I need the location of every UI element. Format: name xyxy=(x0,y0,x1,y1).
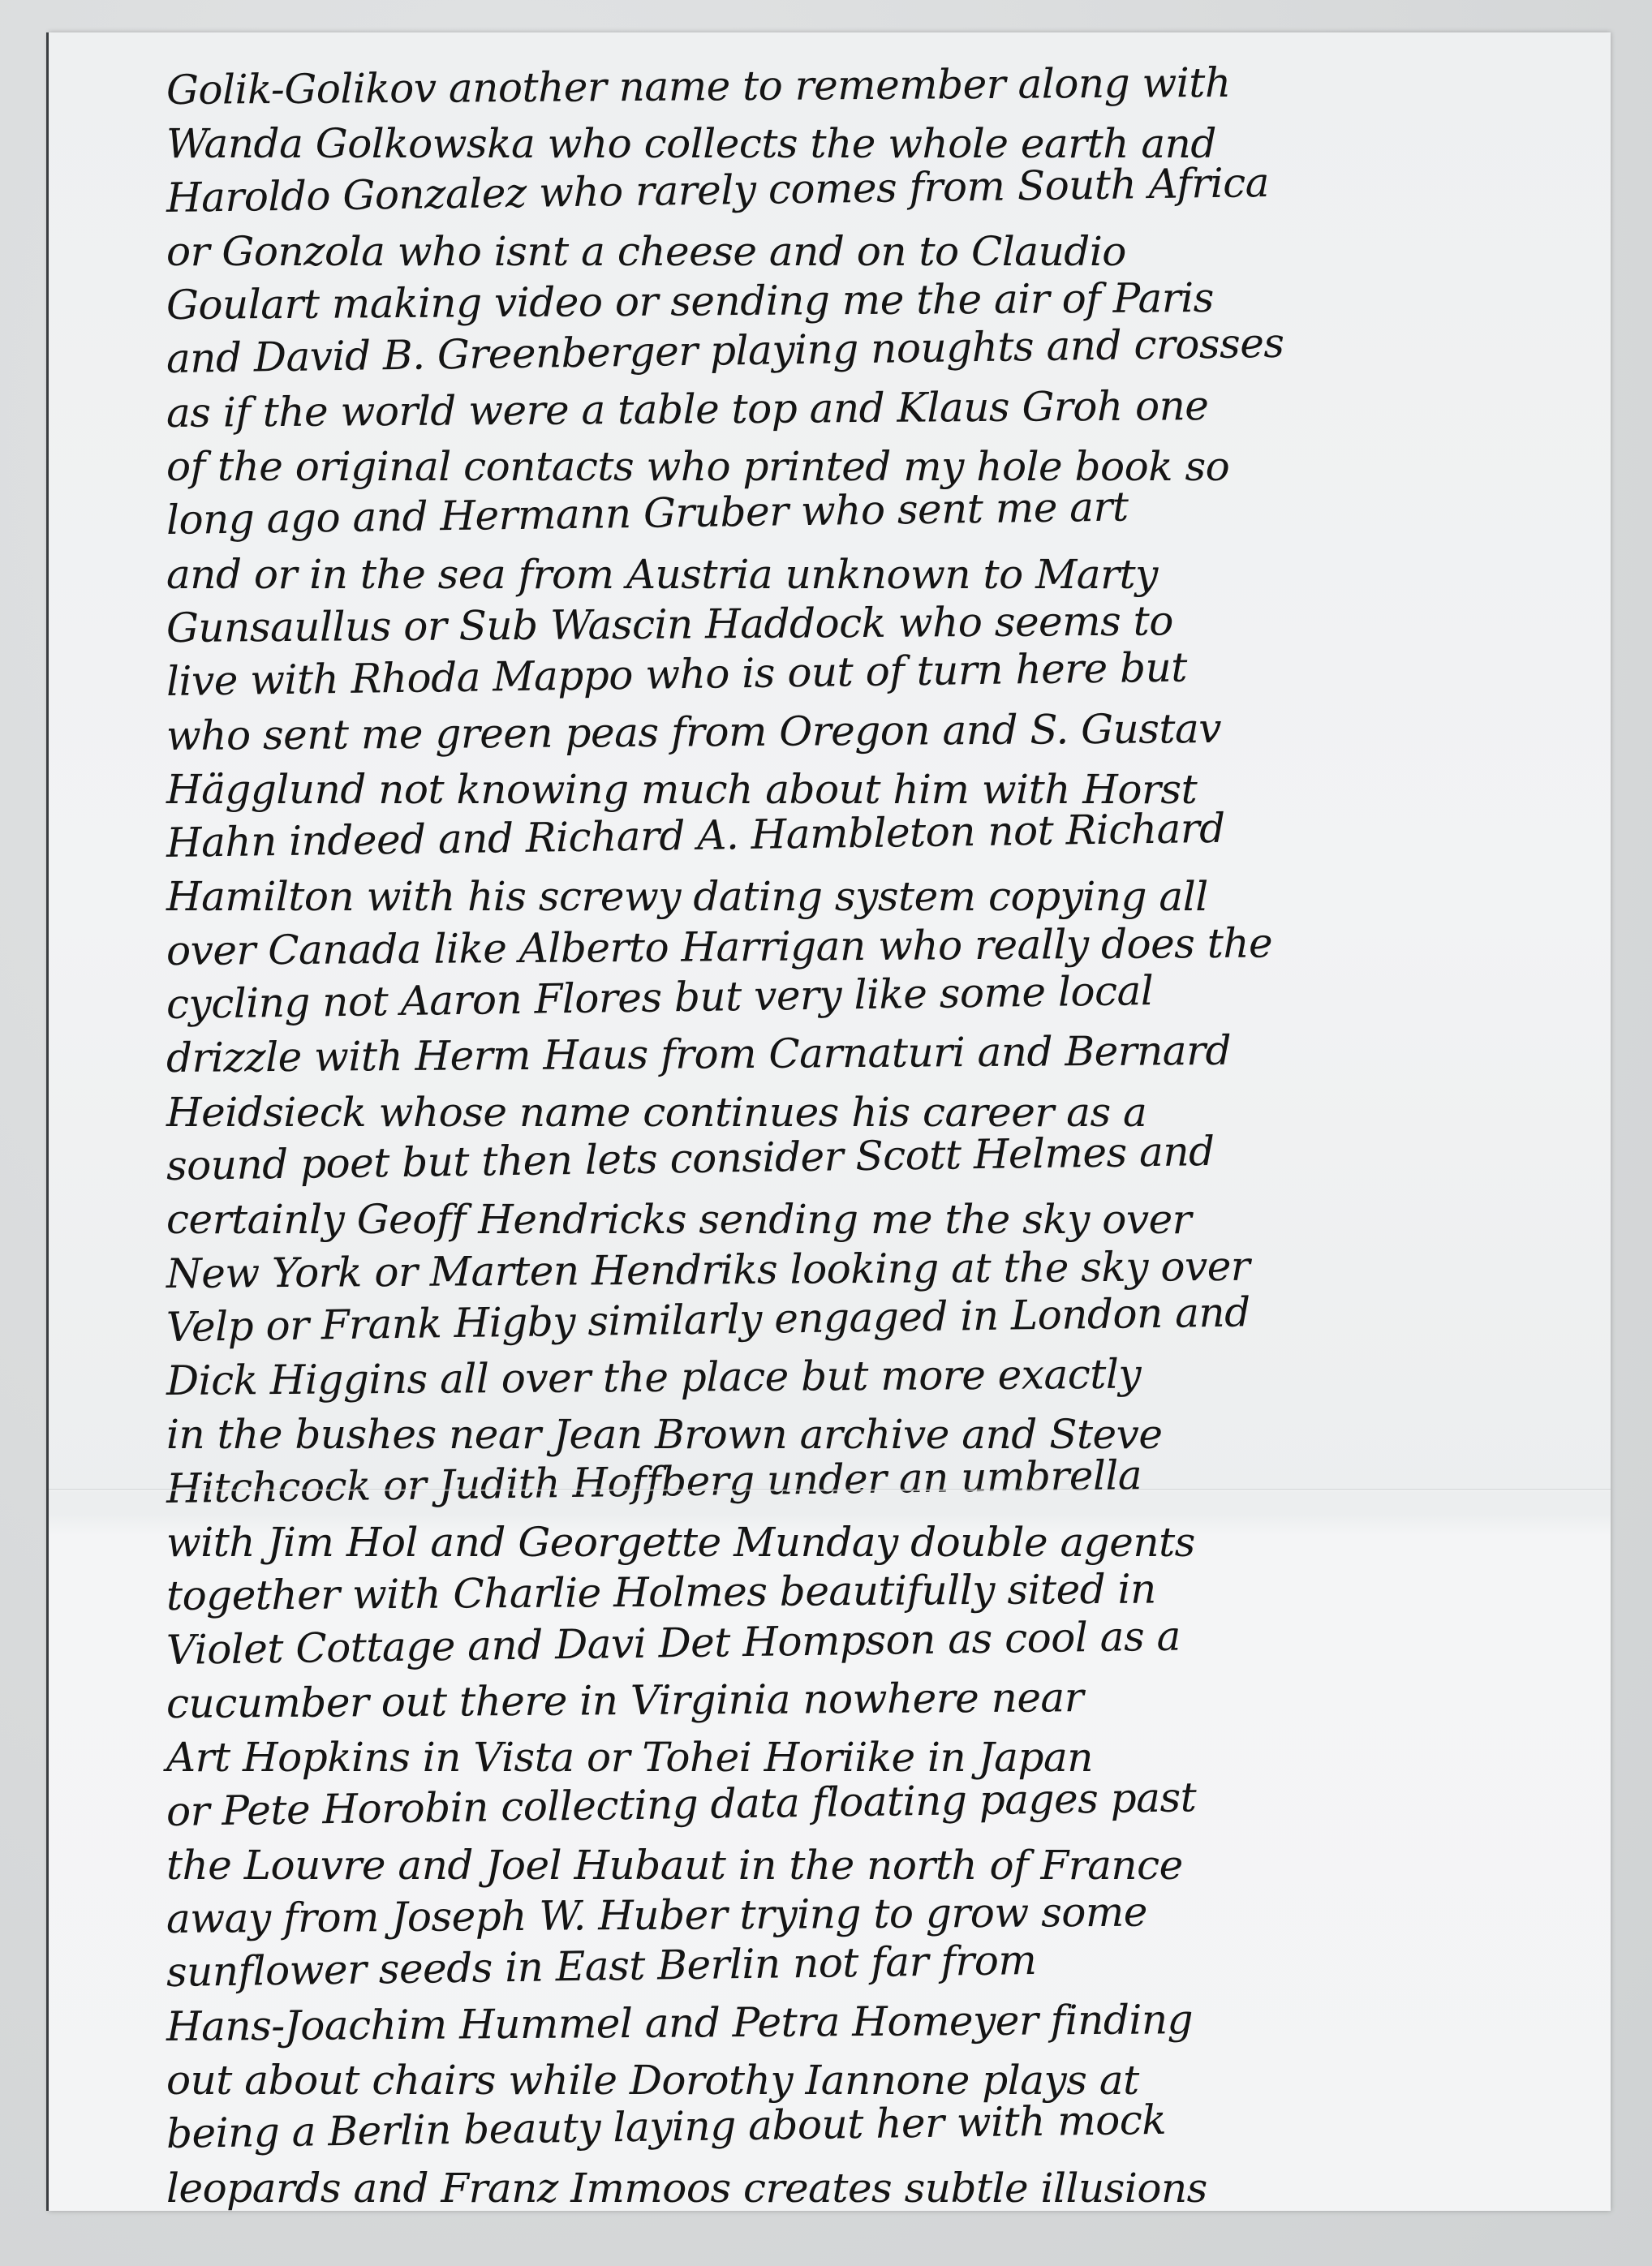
text-line: cucumber out there in Virginia nowhere n… xyxy=(166,1667,1546,1731)
text-line: drizzle with Herm Haus from Carnaturi an… xyxy=(166,1021,1546,1085)
text-line: Hans-Joachim Hummel and Petra Homeyer fi… xyxy=(166,1990,1546,2053)
text-line: Dick Higgins all over the place but more… xyxy=(166,1344,1546,1408)
text-line: who sent me green peas from Oregon and S… xyxy=(166,699,1546,763)
text-line: Golik-Golikov another name to remember a… xyxy=(166,54,1546,117)
text-line: as if the world were a table top and Kla… xyxy=(166,376,1546,440)
handwritten-text-block: Golik-Golikov another name to remember a… xyxy=(166,63,1546,2215)
letter-page: Golik-Golikov another name to remember a… xyxy=(49,32,1611,2211)
text-line: leopards and Franz Immoos creates subtle… xyxy=(166,2161,1546,2215)
